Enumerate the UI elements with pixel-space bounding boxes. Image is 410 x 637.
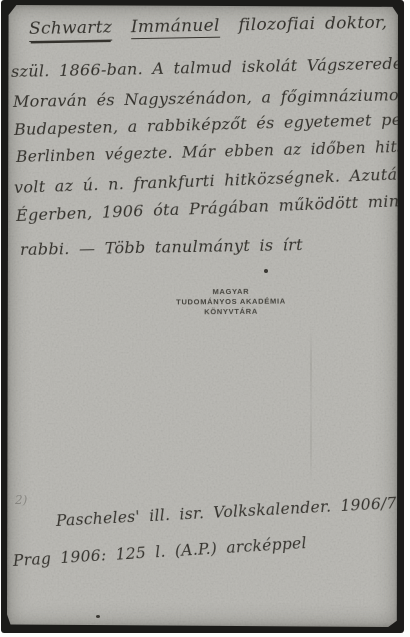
note-body-line: rabbi. — Több tanulmányt is írt xyxy=(20,235,303,259)
note-body-line: Moraván és Nagyszénádon, a főgimnáziumot xyxy=(13,85,406,111)
note-forename: Immánuel xyxy=(131,16,220,40)
scanned-card-page: Schwartz Immánuel filozofiai doktor, rbb… xyxy=(0,0,410,637)
note-body-line: Berlinben végezte. Már ebben az időben h… xyxy=(16,136,410,166)
citation-line: Pascheles' ill. isr. Volkskalender. 1906… xyxy=(56,494,398,530)
note-body-line: szül. 1866-ban. A talmud iskolát Vágszer… xyxy=(11,53,410,81)
margin-mark: 2) xyxy=(15,493,27,507)
citation-line: Prag 1906: 125 l. (A.P.) arcképpel xyxy=(12,534,307,570)
note-body-line: Budapesten, a rabbiképzőt és egyetemet p… xyxy=(14,109,410,139)
ink-dot xyxy=(264,269,268,273)
note-title-line: Schwartz Immánuel filozofiai doktor, rbb… xyxy=(29,12,410,39)
note-surname: Schwartz xyxy=(29,18,113,42)
note-title-rest: filozofiai doktor, rbbi; xyxy=(238,12,410,36)
note-body-line: Égerben, 1906 óta Prágában működött mint xyxy=(16,191,407,225)
paper-crease xyxy=(310,325,312,485)
library-stamp: MAGYAR TUDOMÁNYOS AKADÉMIA KÖNYVTÁRA xyxy=(156,286,306,317)
paper-card: Schwartz Immánuel filozofiai doktor, rbb… xyxy=(7,5,398,627)
stamp-line-2: TUDOMÁNYOS AKADÉMIA xyxy=(156,296,306,307)
ink-dot xyxy=(96,615,100,618)
stamp-line-3: KÖNYVTÁRA xyxy=(156,306,306,317)
note-body-line: volt az ú. n. frankfurti hitközségnek. A… xyxy=(14,164,409,197)
